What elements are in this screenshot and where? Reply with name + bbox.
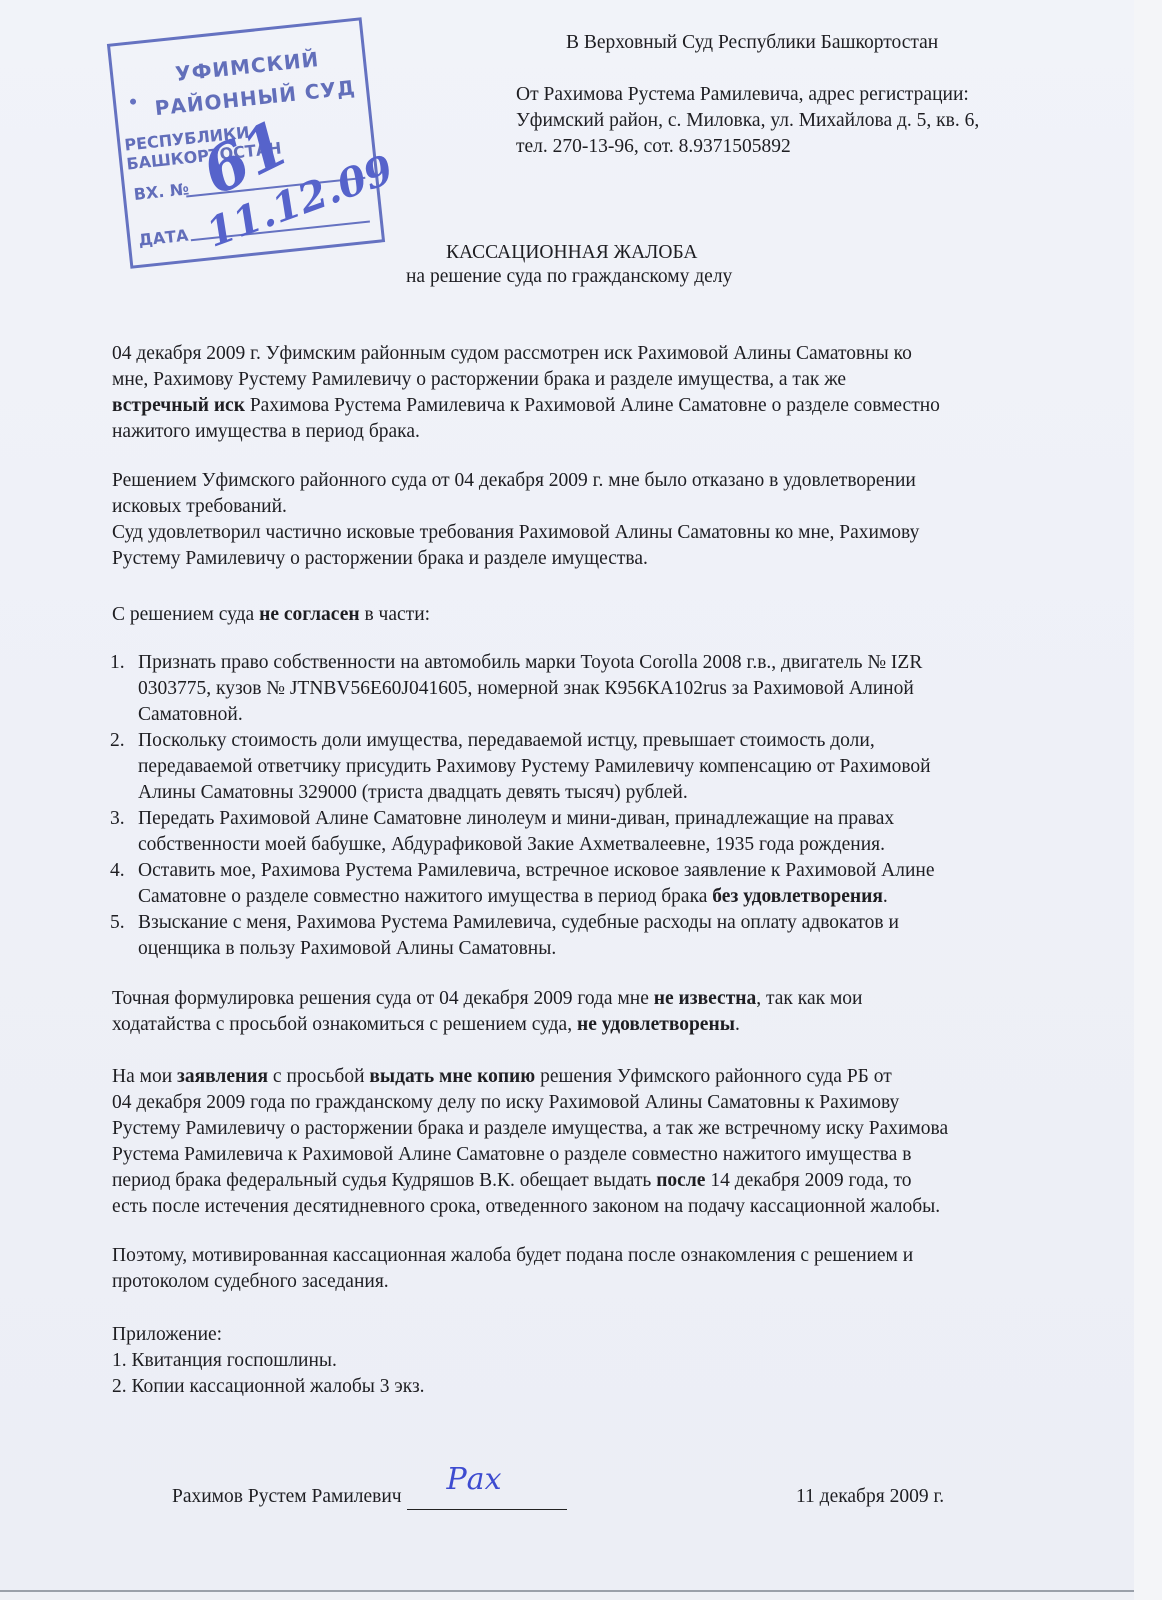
signature-block: Рахимов Рустем Рамилевич Рах bbox=[172, 1484, 567, 1510]
paragraph-1: 04 декабря 2009 г. Уфимским районным суд… bbox=[112, 341, 940, 445]
paragraph-4: На мои заявления с просьбой выдать мне к… bbox=[112, 1064, 948, 1220]
attachments: Приложение: 1. Квитанция госпошлины. 2. … bbox=[112, 1322, 425, 1400]
p4-line-2: 04 декабря 2009 года по гражданскому дел… bbox=[112, 1090, 948, 1116]
claims-list: 1. Признать право собственности на автом… bbox=[110, 650, 935, 962]
p3-l1-pre: Точная формулировка решения суда от 04 д… bbox=[112, 988, 654, 1009]
p2-line-2: исковых требований. bbox=[112, 494, 919, 520]
claim-tail-end: . bbox=[883, 886, 888, 907]
signature-date: 11 декабря 2009 г. bbox=[796, 1484, 944, 1510]
claim-line: Саматовне о разделе совместно нажитого и… bbox=[138, 884, 935, 910]
attachment-item-1: 1. Квитанция госпошлины. bbox=[112, 1348, 425, 1374]
p1-line-3-rest: Рахимова Рустема Рамилевича к Рахимовой … bbox=[245, 395, 940, 416]
attachments-heading: Приложение: bbox=[112, 1322, 425, 1348]
p3-line-1: Точная формулировка решения суда от 04 д… bbox=[112, 986, 863, 1012]
stamp-date-label: ДАТА bbox=[138, 226, 190, 250]
p4-line-6: есть после истечения десятидневного срок… bbox=[112, 1194, 948, 1220]
sender-line-2: Уфимский район, с. Миловка, ул. Михайлов… bbox=[516, 108, 979, 134]
p4-line-4: Рустема Рамилевича к Рахимовой Алине Сам… bbox=[112, 1142, 948, 1168]
claim-number: 1. bbox=[110, 650, 125, 676]
claim-line: Оставить мое, Рахимова Рустема Рамилевич… bbox=[138, 858, 935, 884]
claim-line-text: Саматовне о разделе совместно нажитого и… bbox=[138, 886, 712, 907]
document-subtitle: на решение суда по гражданскому делу bbox=[406, 264, 732, 290]
handwritten-signature: Рах bbox=[447, 1467, 502, 1493]
p2-line-4: Рустему Рамилевичу о расторжении брака и… bbox=[112, 546, 919, 572]
stamp-dot bbox=[130, 98, 137, 105]
claim-line: Алины Саматовны 329000 (триста двадцать … bbox=[138, 780, 935, 806]
p4-line-5: период брака федеральный судья Кудряшов … bbox=[112, 1168, 948, 1194]
sender-line-3: тел. 270-13-96, сот. 8.9371505892 bbox=[516, 134, 791, 160]
court-stamp: УФИМСКИЙ РАЙОННЫЙ СУД РЕСПУБЛИКИ БАШКОРТ… bbox=[107, 17, 385, 269]
p3-l1-post: , так как мои bbox=[756, 988, 862, 1009]
claim-item-5: 5. Взыскание с меня, Рахимова Рустема Ра… bbox=[110, 910, 935, 962]
claim-line: собственности моей бабушке, Абдурафиково… bbox=[138, 832, 935, 858]
p4-line-3: Рустему Рамилевичу о расторжении брака и… bbox=[112, 1116, 948, 1142]
claim-line: Передать Рахимовой Алине Саматовне линол… bbox=[138, 806, 935, 832]
claim-bold-tail: без удовлетворения bbox=[712, 886, 883, 907]
claim-number: 5. bbox=[110, 910, 125, 936]
stamp-line-1: УФИМСКИЙ bbox=[174, 47, 320, 86]
paragraph-2: Решением Уфимского районного суда от 04 … bbox=[112, 468, 919, 572]
addressee: В Верховный Суд Республики Башкортостан bbox=[566, 30, 938, 56]
p4-l1-e: решения Уфимского районного суда РБ от bbox=[535, 1066, 892, 1087]
p4-l5-post: 14 декабря 2009 года, то bbox=[705, 1170, 911, 1191]
claim-line: Признать право собственности на автомоби… bbox=[138, 650, 935, 676]
claim-number: 3. bbox=[110, 806, 125, 832]
paragraph-3: Точная формулировка решения суда от 04 д… bbox=[112, 986, 863, 1038]
claim-number: 2. bbox=[110, 728, 125, 754]
p4-l1-a: На мои bbox=[112, 1066, 177, 1087]
p4-l5-bold: после bbox=[656, 1170, 705, 1191]
scan-edge bbox=[1134, 0, 1162, 1600]
document-title: КАССАЦИОННАЯ ЖАЛОБА bbox=[446, 240, 698, 266]
signatory-name: Рахимов Рустем Рамилевич bbox=[172, 1486, 402, 1507]
p2-line-1: Решением Уфимского районного суда от 04 … bbox=[112, 468, 919, 494]
disagree-pre: С решением суда bbox=[112, 604, 259, 625]
attachment-item-2: 2. Копии кассационной жалобы 3 экз. bbox=[112, 1374, 425, 1400]
p4-l5-pre: период брака федеральный судья Кудряшов … bbox=[112, 1170, 656, 1191]
claim-item-4: 4. Оставить мое, Рахимова Рустема Рамиле… bbox=[110, 858, 935, 910]
disagree-bold: не согласен bbox=[259, 604, 360, 625]
p1-line-3: встречный иск Рахимова Рустема Рамилевич… bbox=[112, 393, 940, 419]
p5-line-1: Поэтому, мотивированная кассационная жал… bbox=[112, 1243, 913, 1269]
claim-line: оценщика в пользу Рахимовой Алины Самато… bbox=[138, 936, 935, 962]
paragraph-5: Поэтому, мотивированная кассационная жал… bbox=[112, 1243, 913, 1295]
disagree-post: в части: bbox=[360, 604, 430, 625]
p5-line-2: протоколом судебного заседания. bbox=[112, 1269, 913, 1295]
p1-line-4: нажитого имущества в период брака. bbox=[112, 419, 940, 445]
p1-line-2: мне, Рахимову Рустему Рамилевичу о расто… bbox=[112, 367, 940, 393]
signature-line: Рах bbox=[407, 1489, 567, 1510]
p4-l1-b: заявления bbox=[177, 1066, 268, 1087]
p3-l2-post: . bbox=[735, 1014, 740, 1035]
claim-number: 4. bbox=[110, 858, 125, 884]
claim-item-3: 3. Передать Рахимовой Алине Саматовне ли… bbox=[110, 806, 935, 858]
claim-line: Саматовной. bbox=[138, 702, 935, 728]
p3-line-2: ходатайства с просьбой ознакомиться с ре… bbox=[112, 1012, 863, 1038]
p1-bold: встречный иск bbox=[112, 395, 245, 416]
stamp-incoming-label: ВХ. № bbox=[133, 179, 190, 204]
p2-line-3: Суд удовлетворил частично исковые требов… bbox=[112, 520, 919, 546]
claim-item-1: 1. Признать право собственности на автом… bbox=[110, 650, 935, 728]
p3-l1-bold: не известна bbox=[654, 988, 756, 1009]
p1-line-1: 04 декабря 2009 г. Уфимским районным суд… bbox=[112, 341, 940, 367]
claim-item-2: 2. Поскольку стоимость доли имущества, п… bbox=[110, 728, 935, 806]
claim-line: 0303775, кузов № JTNBV56E60J041605, номе… bbox=[138, 676, 935, 702]
claim-line: передаваемой ответчику присудить Рахимов… bbox=[138, 754, 935, 780]
p4-l1-d: выдать мне копию bbox=[369, 1066, 535, 1087]
claim-line: Поскольку стоимость доли имущества, пере… bbox=[138, 728, 935, 754]
p3-l2-bold: не удовлетворены bbox=[577, 1014, 735, 1035]
document-page: УФИМСКИЙ РАЙОННЫЙ СУД РЕСПУБЛИКИ БАШКОРТ… bbox=[0, 0, 1135, 1592]
disagree-statement: С решением суда не согласен в части: bbox=[112, 602, 430, 628]
claim-line: Взыскание с меня, Рахимова Рустема Рамил… bbox=[138, 910, 935, 936]
p4-l1-c: с просьбой bbox=[268, 1066, 369, 1087]
p3-l2-pre: ходатайства с просьбой ознакомиться с ре… bbox=[112, 1014, 577, 1035]
p4-line-1: На мои заявления с просьбой выдать мне к… bbox=[112, 1064, 948, 1090]
sender-line-1: От Рахимова Рустема Рамилевича, адрес ре… bbox=[516, 82, 969, 108]
